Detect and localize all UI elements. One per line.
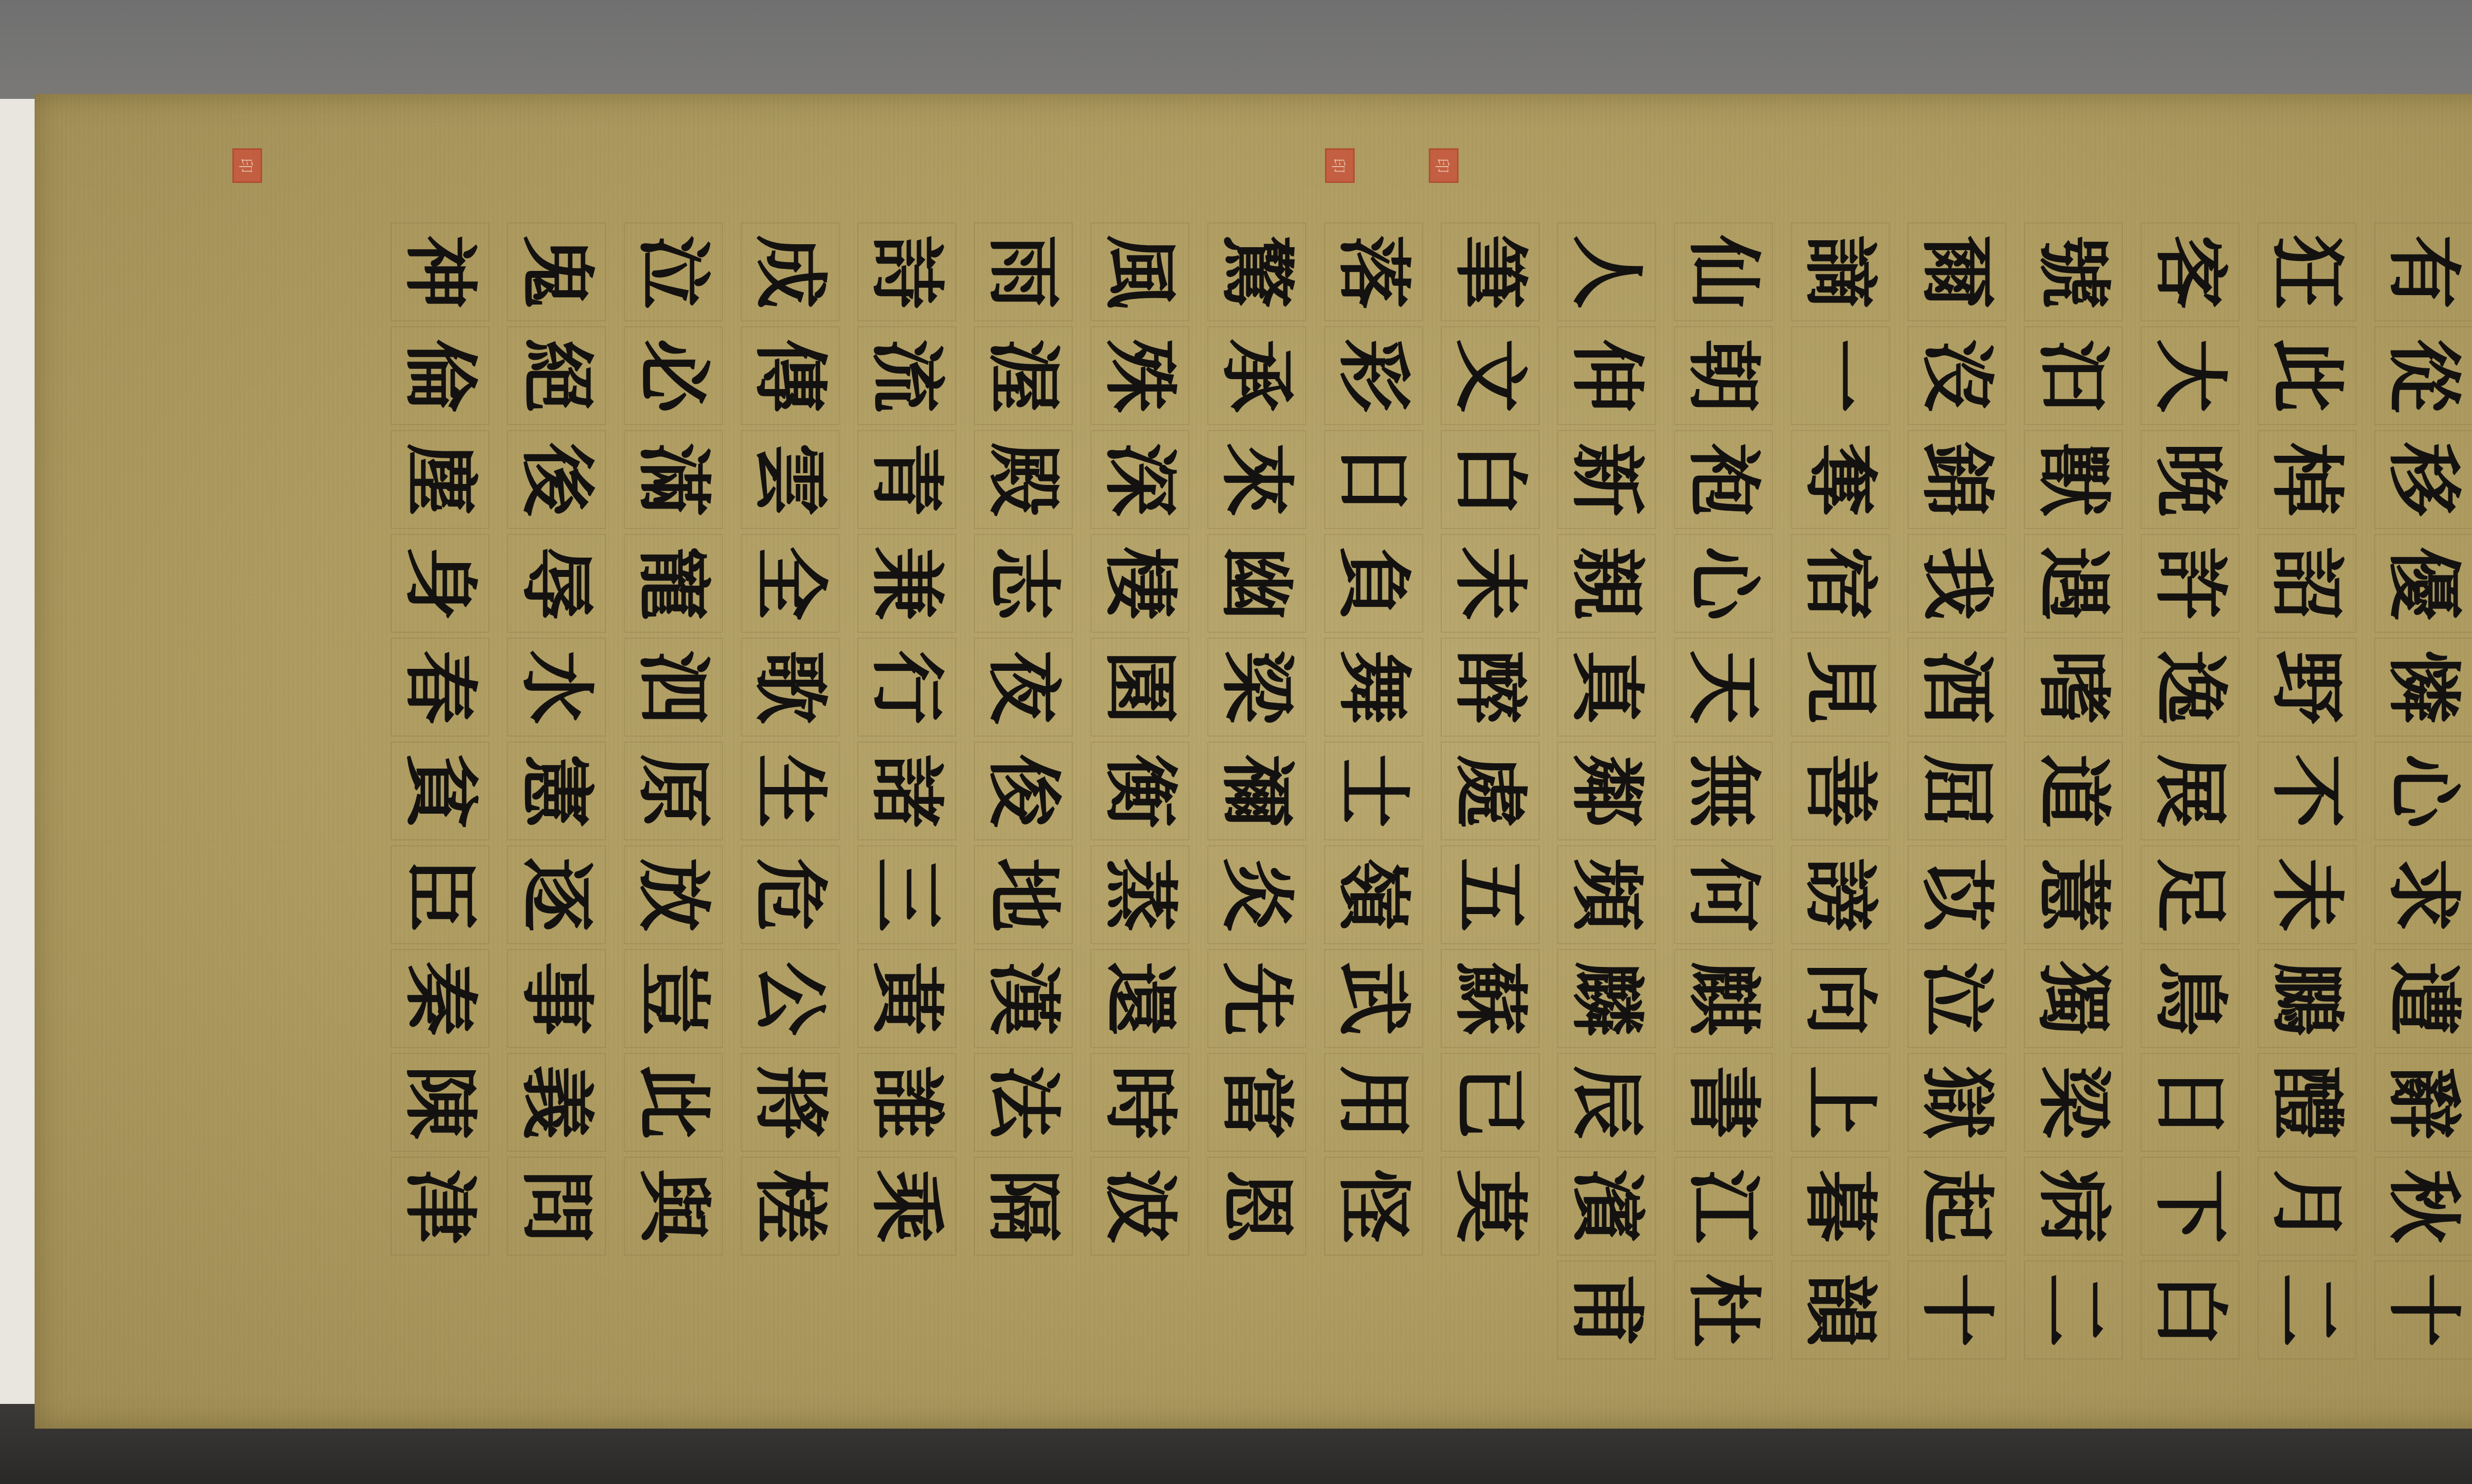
calligraphy-character: 求 [2386,858,2461,932]
calligraphy-character: 將 [753,1065,827,1139]
character-cell: 酒 [1907,638,2006,737]
character-cell: 病 [2024,1157,2123,1256]
character-cell: 夜 [974,638,1073,737]
calligraphy-character: 筆 [1453,235,1527,309]
character-cell: 暮 [1791,1157,1890,1256]
calligraphy-character: 蘇 [1453,961,1527,1036]
calligraphy-character: 甫 [1570,1273,1644,1347]
calligraphy-character: 見 [1803,650,1877,724]
calligraphy-character: 詔 [2270,546,2344,620]
character-cell: 袍 [1674,430,1773,529]
calligraphy-character: 泣 [1920,961,1994,1036]
character-cell: 二 [2024,1261,2123,1359]
character-cell: 槎 [741,1157,839,1256]
calligraphy-character: 濱 [1570,1169,1644,1243]
calligraphy-character: 下 [2153,1169,2227,1243]
character-cell: 公 [741,949,839,1048]
character-cell: 彩 [1324,326,1423,425]
character-cell: 有 [2374,222,2472,321]
calligraphy-character: 志 [986,546,1060,620]
calligraphy-character: 沒 [1920,339,1994,413]
character-cell: 客 [2141,222,2240,321]
character-cell: 謫 [1791,222,1890,321]
calligraphy-character: 此 [636,1065,710,1139]
character-cell: 放 [624,845,723,944]
calligraphy-character: 二 [2270,1273,2344,1347]
character-cell: 渥 [974,326,1073,425]
character-cell: 未 [1441,534,1540,633]
calligraphy-character: 展 [2153,754,2227,828]
calligraphy-character: 伸 [1570,339,1644,413]
character-cell: 醉 [1441,638,1540,737]
calligraphy-character: 有 [2386,235,2461,309]
character-cell: 我 [1907,534,2006,633]
calligraphy-character: 心 [2386,754,2461,828]
calligraphy-character: 新 [1570,442,1644,517]
character-cell: 秋 [2374,1157,2472,1256]
calligraphy-character: 麒 [1686,961,1761,1036]
calligraphy-character: 晚 [2153,442,2227,517]
calligraphy-character: 仙 [1686,235,1761,309]
calligraphy-character: 頻 [1570,858,1644,932]
character-cell: 麟 [1557,949,1656,1048]
character-cell: 波 [1091,1157,1190,1256]
calligraphy-character: 與 [636,1169,710,1243]
calligraphy-character: 日 [2153,1065,2227,1139]
calligraphy-character: 負 [1336,546,1411,620]
character-cell: 將 [741,1053,839,1152]
character-cell: 憲 [507,742,606,840]
calligraphy-character: 辭 [2386,1065,2461,1139]
character-cell: 二 [2257,1261,2356,1359]
calligraphy-character: 文 [1453,339,1527,413]
calligraphy-character: 誰 [870,1065,944,1139]
character-cell: 梁 [1207,638,1306,737]
calligraphy-row: 劇談憐野逸嗜酒見天真醉舞梁園夜行歌泗水春 [133,638,2472,737]
seal-glyph: 印 [1433,158,1455,173]
calligraphy-character: 鬼 [520,235,594,309]
character-cell: 辱 [507,534,606,633]
calligraphy-character: 杜 [1686,1273,1761,1347]
character-cell: 遇 [2024,534,2123,633]
character-cell: 隔 [974,1157,1073,1256]
calligraphy-character: 夜 [986,650,1060,724]
character-cell: 諸 [857,742,956,840]
character-cell: 號 [2024,222,2123,321]
calligraphy-character: 心 [1686,546,1761,620]
character-cell: 麒 [1674,949,1773,1048]
character-cell: 鄰 [1557,742,1656,840]
character-cell: 來 [1207,430,1306,529]
calligraphy-character: 兼 [870,546,944,620]
calligraphy-character: 梁 [1220,650,1294,724]
character-cell: 成 [741,222,839,321]
calligraphy-character: 鄰 [1570,754,1644,828]
character-cell: 下 [2141,1157,2240,1256]
character-cell: 俊 [974,742,1073,840]
character-cell: 優 [2374,534,2472,633]
character-cell: 身 [391,534,489,633]
character-cell: 爾 [1907,222,2006,321]
calligraphy-character: 禰 [1220,754,1294,828]
character-cell: 恩 [1207,1157,1306,1256]
calligraphy-character: 袍 [1686,442,1761,517]
calligraphy-character: 嗜 [2036,650,2111,724]
calligraphy-character: 彩 [1336,339,1411,413]
character-cell: 春 [391,638,489,737]
character-cell: 必 [624,326,723,425]
calligraphy-character: 二 [2036,1273,2111,1347]
calligraphy-character: 用 [1336,1065,1411,1139]
character-cell: 兼 [857,534,956,633]
character-cell: 心 [2374,742,2472,840]
character-cell: 已 [1441,1053,1540,1152]
character-cell: 獨 [2024,949,2123,1048]
red-seal-stamp: 印 [1325,148,1355,183]
calligraphy-character: 梁 [2036,1065,2111,1139]
character-cell: 心 [1674,534,1773,633]
calligraphy-character: 炎 [1220,858,1294,932]
calligraphy-character: 諸 [870,754,944,828]
character-cell: 水 [507,638,606,737]
calligraphy-character: 身 [403,546,477,620]
calligraphy-grid: 昔年有狂客號爾謫仙人筆落驚風雨詩成泣鬼神聲名從此大汩沒一朝伸文彩承殊渥流傳必絕倫… [133,222,2472,1468]
character-cell: 炎 [1207,845,1306,944]
character-cell: 一 [1791,326,1890,425]
character-cell: 法 [974,1053,1073,1152]
calligraphy-character: 起 [1920,1169,1994,1243]
character-cell: 陳 [391,1053,489,1152]
calligraphy-character: 不 [2270,754,2344,828]
calligraphy-character: 江 [1686,1169,1761,1243]
calligraphy-character: 白 [2153,1273,2227,1347]
calligraphy-character: 危 [753,858,827,932]
character-cell: 處 [1441,742,1540,840]
character-cell: 野 [2257,638,2356,737]
character-cell: 嗜 [2024,638,2123,737]
calligraphy-character: 詩 [870,235,944,309]
calligraphy-character: 必 [636,339,710,413]
calligraphy-character: 泗 [636,650,710,724]
calligraphy-character: 士 [1336,754,1411,828]
character-cell: 義 [507,1053,606,1152]
calligraphy-character: 塵 [403,442,477,517]
character-cell: 書 [1674,1053,1773,1152]
character-cell: 寵 [624,534,723,633]
character-cell: 貧 [391,742,489,840]
calligraphy-character: 漢 [986,961,1060,1036]
character-cell: 士 [1324,742,1423,840]
character-cell: 幽 [1207,534,1306,633]
calligraphy-character: 流 [870,339,944,413]
character-cell: 大 [2141,326,2240,425]
character-cell: 沒 [1907,326,2006,425]
character-cell: 問 [507,1157,606,1256]
calligraphy-row: 寄李十二白二十韻杜甫 [133,1261,2472,1359]
character-cell: 白 [2141,1261,2240,1359]
character-cell: 見 [1791,638,1890,737]
calligraphy-character: 暮 [1803,1169,1877,1243]
character-cell: 莫 [1441,1157,1540,1256]
character-cell: 筆 [1441,222,1540,321]
character-cell: 從 [2374,326,2472,425]
character-cell: 展 [2141,742,2240,840]
calligraphy-character: 從 [2386,339,2461,413]
calligraphy-character: 宿 [1803,546,1877,620]
character-cell: 先 [1207,949,1306,1048]
calligraphy-character: 遭 [2386,961,2461,1036]
calligraphy-character: 秦 [403,961,477,1036]
character-cell: 衡 [1091,742,1190,840]
calligraphy-character: 水 [520,650,594,724]
calligraphy-character: 驚 [1220,235,1294,309]
character-cell: 何 [1674,845,1773,944]
character-cell: 此 [2257,326,2356,425]
calligraphy-character: 大 [2153,339,2227,413]
calligraphy-character: 無 [1686,754,1761,828]
character-cell: 醴 [2257,1053,2356,1152]
calligraphy-character: 真 [1570,650,1644,724]
character-cell: 不 [2257,742,2356,840]
character-cell: 此 [624,1053,723,1152]
calligraphy-character: 豈 [636,961,710,1036]
character-cell: 屈 [1907,742,2006,840]
calligraphy-character: 天 [1686,650,1761,724]
calligraphy-character: 絕 [520,339,594,413]
character-cell: 求 [2374,845,2472,944]
character-cell: 獸 [2024,430,2123,529]
calligraphy-character: 來 [1220,442,1294,517]
calligraphy-character: 蒸 [1103,858,1177,932]
calligraphy-character: 一 [1803,339,1877,413]
character-cell: 晚 [2141,430,2240,529]
character-cell: 事 [507,949,606,1048]
calligraphy-character: 莫 [1453,1169,1527,1243]
character-cell: 塵 [391,430,489,529]
calligraphy-character: 韻 [1803,1273,1877,1347]
character-cell: 流 [857,326,956,425]
character-cell: 奪 [1791,430,1890,529]
calligraphy-character: 地 [986,858,1060,932]
calligraphy-character: 逸 [2153,650,2227,724]
character-cell: 與 [624,1157,723,1256]
calligraphy-character: 麟 [1570,961,1644,1036]
seal-glyph: 印 [236,158,258,173]
character-cell: 向 [1791,949,1890,1048]
calligraphy-character: 薏 [2036,858,2111,932]
calligraphy-character: 黃 [870,961,944,1036]
calligraphy-character: 月 [2270,1169,2344,1243]
character-cell: 歌 [741,638,839,737]
character-cell: 臣 [391,845,489,944]
calligraphy-character: 時 [1103,1065,1177,1139]
character-cell: 負 [1324,534,1423,633]
calligraphy-character: 波 [1103,1169,1177,1243]
calligraphy-character: 逐 [520,858,594,932]
calligraphy-character: 獸 [2036,442,2111,517]
character-cell: 上 [1791,1053,1890,1152]
calligraphy-character: 謫 [1803,235,1877,309]
character-cell: 泣 [1907,949,2006,1048]
calligraphy-character: 神 [403,235,477,309]
character-cell: 人 [1557,222,1656,321]
calligraphy-character: 上 [1803,1065,1877,1139]
character-cell: 足 [2141,845,2240,944]
calligraphy-character: 法 [986,1065,1060,1139]
calligraphy-character: 汩 [2036,339,2111,413]
character-cell: 鵩 [2257,949,2356,1048]
calligraphy-character: 道 [2036,754,2111,828]
calligraphy-character: 公 [753,961,827,1036]
calligraphy-character: 歌 [753,650,827,724]
character-cell: 無 [1674,742,1773,840]
character-cell: 真 [1557,638,1656,737]
calligraphy-character: 奪 [1803,442,1877,517]
character-cell: 辰 [1557,1053,1656,1152]
calligraphy-character: 日 [1336,442,1411,517]
calligraphy-row: 稻粱求未足薏苡謗何頻五嶺炎蒸地三危放逐臣 [133,845,2472,944]
calligraphy-character: 槎 [753,1169,827,1243]
character-cell: 嶺 [1324,845,1423,944]
character-cell: 深 [1091,430,1190,529]
character-cell: 危 [741,845,839,944]
character-cell: 錦 [1907,430,2006,529]
calligraphy-character: 殿 [986,442,1060,517]
calligraphy-character: 獄 [1920,1065,1994,1139]
calligraphy-character: 先 [1220,961,1294,1036]
character-cell: 頻 [1557,845,1656,944]
calligraphy-row: 昔年有狂客號爾謫仙人筆落驚風雨詩成泣鬼神 [133,222,2472,321]
calligraphy-character: 醴 [2270,1065,2344,1139]
calligraphy-character: 狂 [2270,235,2344,309]
character-cell: 津 [391,1157,489,1256]
character-cell: 親 [1557,534,1656,633]
character-cell: 神 [391,222,489,321]
character-cell: 時 [1091,1053,1190,1152]
calligraphy-character: 五 [1453,858,1527,932]
character-cell: 後 [507,430,606,529]
character-cell: 蒸 [1091,845,1190,944]
character-cell: 杜 [1674,1261,1773,1359]
character-cell: 黃 [857,949,956,1048]
character-cell: 道 [2024,742,2123,840]
character-cell: 地 [974,845,1073,944]
character-cell: 十 [2374,1261,2472,1359]
character-cell: 狂 [2257,222,2356,321]
character-cell: 新 [1557,430,1656,529]
character-cell: 文 [1441,326,1540,425]
calligraphy-character: 親 [1570,546,1644,620]
character-cell: 苡 [1907,845,2006,944]
calligraphy-row: 龍舟移棹晚獸錦奪袍新白日來深殿青雲滿後塵 [133,430,2472,529]
character-cell: 江 [1674,1157,1773,1256]
character-cell: 十 [1907,1261,2006,1359]
calligraphy-character: 義 [520,1065,594,1139]
character-cell: 青 [857,430,956,529]
calligraphy-character: 落 [1336,235,1411,309]
calligraphy-character: 移 [2386,442,2461,517]
character-cell: 全 [741,534,839,633]
character-cell: 朝 [1674,326,1773,425]
character-cell: 詩 [857,222,956,321]
calligraphy-character: 衡 [1103,754,1177,828]
calligraphy-row: 楚筵辭醴日梁獄上書辰已用當時法誰將此義陳 [133,1053,2472,1152]
character-cell: 怪 [1324,1157,1423,1256]
calligraphy-character: 風 [1103,235,1177,309]
calligraphy-character: 此 [2270,339,2344,413]
calligraphy-character: 書 [1686,1065,1761,1139]
calligraphy-character: 白 [1453,442,1527,517]
character-cell: 志 [974,534,1073,633]
character-cell: 仙 [1674,222,1773,321]
calligraphy-character: 錦 [1920,442,1994,517]
character-cell: 秦 [391,949,489,1048]
calligraphy-character: 向 [1803,961,1877,1036]
calligraphy-row: 聲名從此大汩沒一朝伸文彩承殊渥流傳必絕倫 [133,326,2472,425]
calligraphy-row: 才高心不展道屈善無鄰處士禰衡俊諸生原憲貧 [133,742,2472,840]
calligraphy-character: 鳥 [2153,961,2227,1036]
character-cell: 風 [1091,222,1190,321]
character-cell: 白 [1441,430,1540,529]
seal-glyph: 印 [1329,158,1351,173]
character-cell: 月 [2257,1157,2356,1256]
scroll-mount-left [0,99,40,1404]
calligraphy-character: 獨 [2036,961,2111,1036]
calligraphy-character: 屈 [1920,754,1994,828]
character-cell: 承 [1207,326,1306,425]
calligraphy-character: 當 [1220,1065,1294,1139]
calligraphy-character: 憐 [2386,650,2461,724]
calligraphy-character: 客 [2153,235,2227,309]
calligraphy-character: 恩 [1220,1169,1294,1243]
calligraphy-character: 舞 [1336,650,1411,724]
character-cell: 傳 [741,326,839,425]
character-cell: 宿 [1791,534,1890,633]
calligraphy-row [133,1364,2472,1463]
calligraphy-character: 嶺 [1336,858,1411,932]
character-cell: 舞 [1324,638,1423,737]
calligraphy-character: 武 [1336,961,1411,1036]
calligraphy-character: 優 [2386,546,2461,620]
character-cell: 許 [2141,534,2240,633]
character-cell: 汩 [2024,326,2123,425]
calligraphy-character: 辱 [520,546,594,620]
calligraphy-character: 雲 [753,442,827,517]
character-cell: 甫 [1557,1261,1656,1359]
character-cell: 泗 [624,638,723,737]
character-cell: 雨 [974,222,1073,321]
calligraphy-character: 俊 [986,754,1060,828]
calligraphy-character: 酒 [1920,650,1994,724]
calligraphy-character: 號 [2036,235,2111,309]
calligraphy-character: 放 [636,858,710,932]
calligraphy-character: 病 [2036,1169,2111,1243]
character-cell: 禰 [1207,742,1306,840]
calligraphy-character: 乘 [870,1169,944,1243]
character-cell: 獄 [1907,1053,2006,1152]
calligraphy-character: 我 [1920,546,1994,620]
calligraphy-character: 已 [1453,1065,1527,1139]
character-cell: 遭 [2374,949,2472,1048]
calligraphy-character: 生 [753,754,827,828]
character-cell: 園 [1091,638,1190,737]
calligraphy-character: 憲 [520,754,594,828]
calligraphy-character: 苡 [1920,858,1994,932]
character-cell: 乘 [857,1157,956,1256]
calligraphy-character: 殊 [1103,339,1177,413]
character-cell: 棲 [1091,534,1190,633]
calligraphy-character: 何 [1686,858,1761,932]
